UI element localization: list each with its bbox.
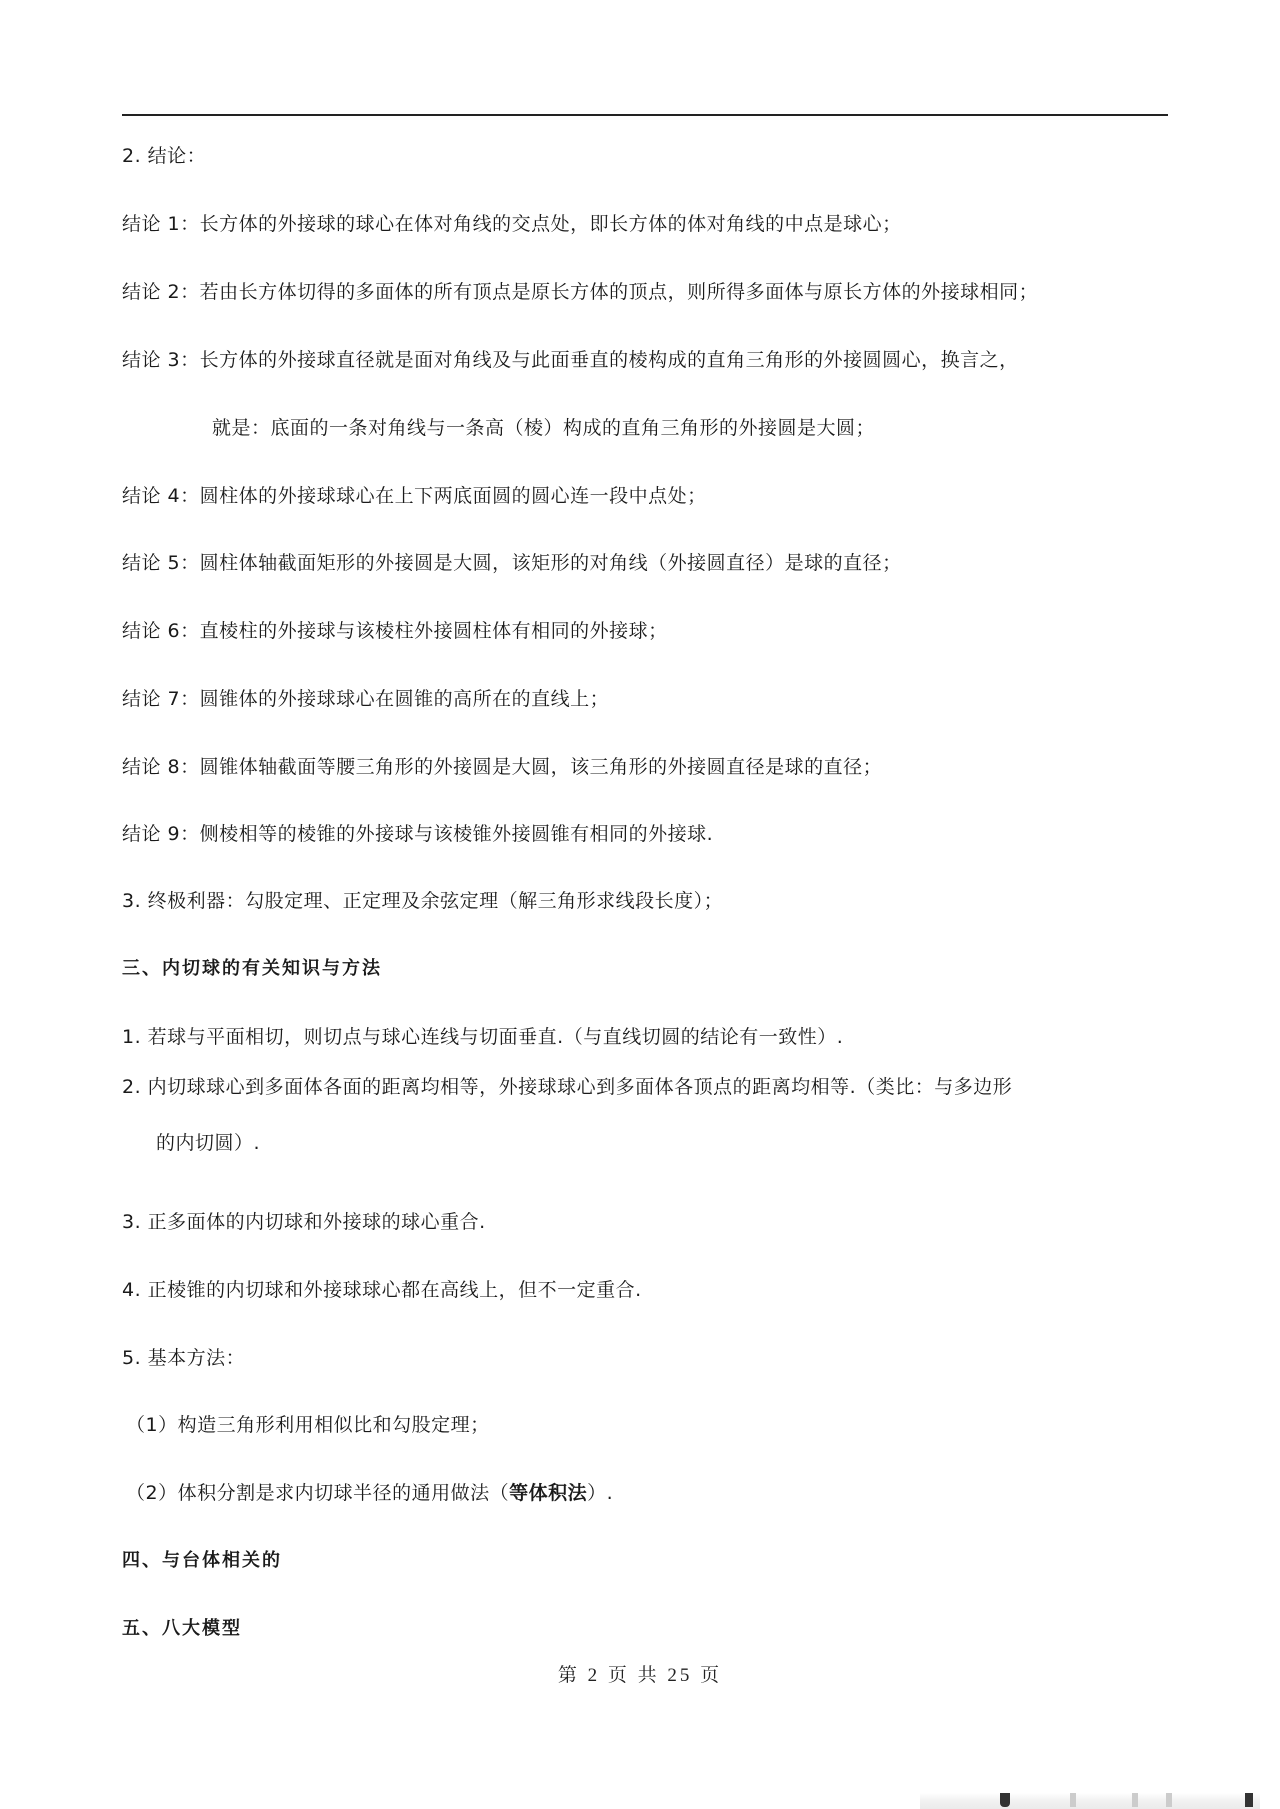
inscribed-item-4: 4. 正棱锥的内切球和外接球球心都在高线上，但不一定重合. xyxy=(122,1278,642,1302)
section-2-title: 2. 结论： xyxy=(122,144,206,168)
heading-frustum: 四、与台体相关的 xyxy=(122,1549,282,1573)
method-2-end: ）. xyxy=(587,1482,613,1504)
inscribed-item-1: 1. 若球与平面相切，则切点与球心连线与切面垂直.（与直线切圆的结论有一致性）. xyxy=(122,1025,843,1049)
conclusion-3: 结论 3：长方体的外接球直径就是面对角线及与此面垂直的棱构成的直角三角形的外接圆… xyxy=(122,348,1019,372)
method-2-text: （2）体积分割是求内切球半径的通用做法（ xyxy=(126,1482,509,1504)
method-2: （2）体积分割是求内切球半径的通用做法（等体积法）. xyxy=(126,1481,613,1505)
conclusion-8: 结论 8：圆锥体轴截面等腰三角形的外接圆是大圆，该三角形的外接圆直径是球的直径； xyxy=(122,755,882,779)
method-1: （1）构造三角形利用相似比和勾股定理； xyxy=(126,1413,490,1437)
heading-eight-models: 五、八大模型 xyxy=(122,1617,242,1641)
inscribed-item-2: 2. 内切球球心到多面体各面的距离均相等，外接球球心到多面体各顶点的距离均相等.… xyxy=(122,1075,1012,1099)
page-footer: 第 2 页 共 25 页 xyxy=(0,1660,1280,1687)
conclusion-3-continued: 就是：底面的一条对角线与一条高（棱）构成的直角三角形的外接圆是大圆； xyxy=(212,416,875,440)
heading-inscribed-sphere: 三、内切球的有关知识与方法 xyxy=(122,957,382,981)
scan-artifact xyxy=(920,1793,1260,1809)
inscribed-item-3: 3. 正多面体的内切球和外接球的球心重合. xyxy=(122,1210,486,1234)
conclusion-2: 结论 2：若由长方体切得的多面体的所有顶点是原长方体的顶点，则所得多面体与原长方… xyxy=(122,280,1038,304)
conclusion-5: 结论 5：圆柱体轴截面矩形的外接圆是大圆，该矩形的对角线（外接圆直径）是球的直径… xyxy=(122,551,902,575)
inscribed-item-2-continued: 的内切圆）. xyxy=(156,1131,260,1155)
inscribed-item-5: 5. 基本方法： xyxy=(122,1346,245,1370)
header-rule xyxy=(122,114,1168,116)
conclusion-9: 结论 9：侧棱相等的棱锥的外接球与该棱锥外接圆锥有相同的外接球. xyxy=(122,822,713,846)
method-2-emphasis: 等体积法 xyxy=(509,1482,587,1504)
conclusion-7: 结论 7：圆锥体的外接球球心在圆锥的高所在的直线上； xyxy=(122,687,609,711)
conclusion-1: 结论 1：长方体的外接球的球心在体对角线的交点处，即长方体的体对角线的中点是球心… xyxy=(122,212,902,236)
section-3-title: 3. 终极利器：勾股定理、正定理及余弦定理（解三角形求线段长度）； xyxy=(122,889,723,913)
conclusion-6: 结论 6：直棱柱的外接球与该棱柱外接圆柱体有相同的外接球； xyxy=(122,619,668,643)
conclusion-4: 结论 4：圆柱体的外接球球心在上下两底面圆的圆心连一段中点处； xyxy=(122,484,707,508)
